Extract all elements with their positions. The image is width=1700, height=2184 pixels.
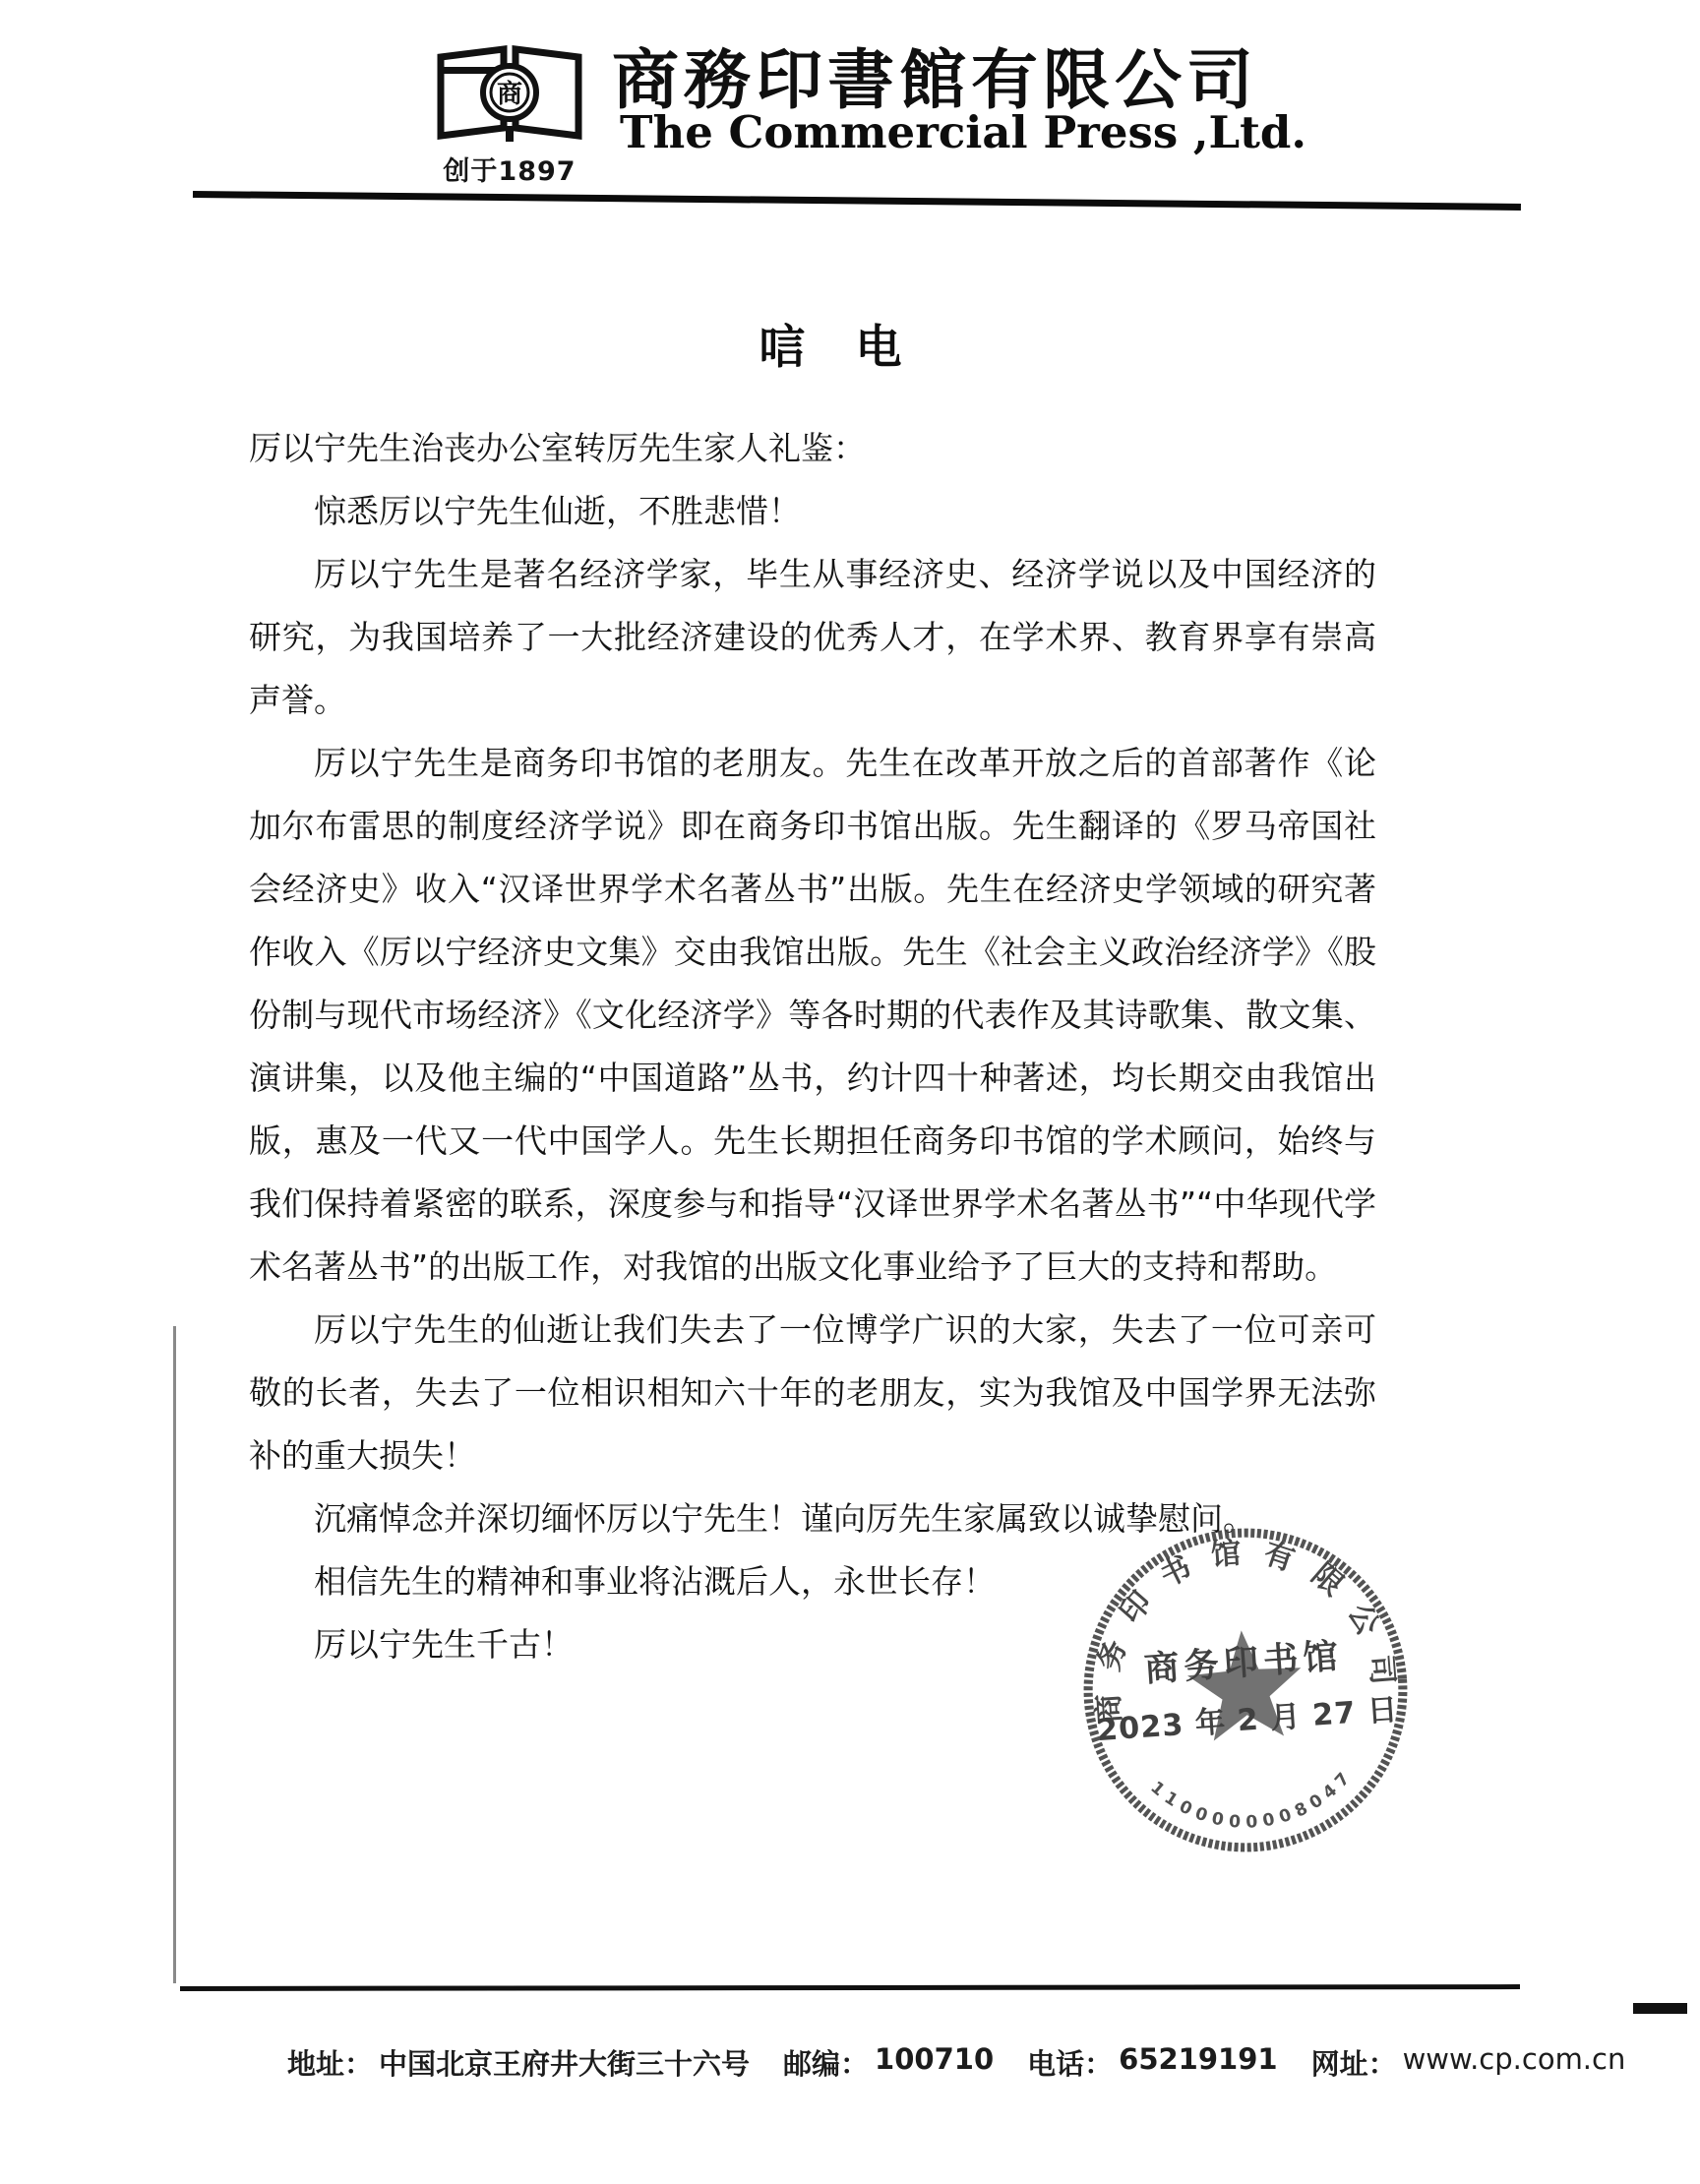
body-paragraph: 惊悉厉以宁先生仙逝，不胜悲惜！ bbox=[249, 480, 1376, 543]
body-paragraph: 厉以宁先生的仙逝让我们失去了一位博学广识的大家，失去了一位可亲可敬的长者，失去了… bbox=[249, 1299, 1376, 1487]
footer-web-value: www.cp.com.cn bbox=[1403, 2042, 1626, 2083]
footer-phone-label: 电话： bbox=[1027, 2042, 1113, 2083]
document-title: 唁 电 bbox=[177, 311, 1486, 377]
footer-address: 地址： 中国北京王府井大街三十六号 bbox=[287, 2042, 750, 2083]
publisher-logo-block: 商 创于1897 bbox=[429, 41, 590, 188]
body-paragraph: 厉以宁先生是商务印书馆的老朋友。先生在改革开放之后的首部著作《论加尔布雷思的制度… bbox=[249, 732, 1376, 1299]
open-book-logo-icon: 商 bbox=[429, 41, 590, 144]
company-name-english: The Commercial Press ,Ltd. bbox=[620, 106, 1308, 158]
footer-website: 网址： www.cp.com.cn bbox=[1311, 2042, 1626, 2083]
footer-web-label: 网址： bbox=[1311, 2042, 1397, 2083]
footer-contact: 地址： 中国北京王府井大街三十六号 邮编： 100710 电话： 6521919… bbox=[287, 2042, 1566, 2083]
scan-artifact-vertical-line bbox=[173, 1326, 176, 1983]
footer-zip-value: 100710 bbox=[875, 2042, 994, 2083]
logo-founded-caption: 创于1897 bbox=[429, 150, 590, 188]
footer-address-value: 中国北京王府井大街三十六号 bbox=[379, 2042, 750, 2083]
company-seal: 商务印书馆有限公司 商务印书馆 2023 年 2 月 27 日 11000000… bbox=[1067, 1512, 1425, 1869]
footer-address-label: 地址： bbox=[287, 2042, 373, 2083]
footer-phone: 电话： 65219191 bbox=[1027, 2042, 1277, 2083]
letterhead-divider bbox=[193, 191, 1521, 211]
scan-artifact-dash bbox=[1633, 2003, 1687, 2014]
seal-serial-number: 1100000008047 bbox=[1145, 1764, 1361, 1840]
logo-emblem-character: 商 bbox=[497, 79, 522, 109]
footer-zipcode: 邮编： 100710 bbox=[783, 2042, 994, 2083]
footer-zip-label: 邮编： bbox=[783, 2042, 869, 2083]
footer-divider bbox=[180, 1984, 1520, 1991]
scanned-letter-page: 商 创于1897 商務印書館有限公司 The Commercial Press … bbox=[0, 0, 1700, 2184]
letter-body: 厉以宁先生治丧办公室转厉先生家人礼鉴： 惊悉厉以宁先生仙逝，不胜悲惜！ 厉以宁先… bbox=[249, 417, 1376, 1676]
seal-organization-line: 商务印书馆 bbox=[1143, 1636, 1345, 1690]
body-paragraph: 厉以宁先生是著名经济学家，毕生从事经济史、经济学说以及中国经济的研究，为我国培养… bbox=[249, 543, 1376, 732]
footer-phone-value: 65219191 bbox=[1119, 2042, 1277, 2083]
salutation-line: 厉以宁先生治丧办公室转厉先生家人礼鉴： bbox=[249, 417, 1376, 480]
